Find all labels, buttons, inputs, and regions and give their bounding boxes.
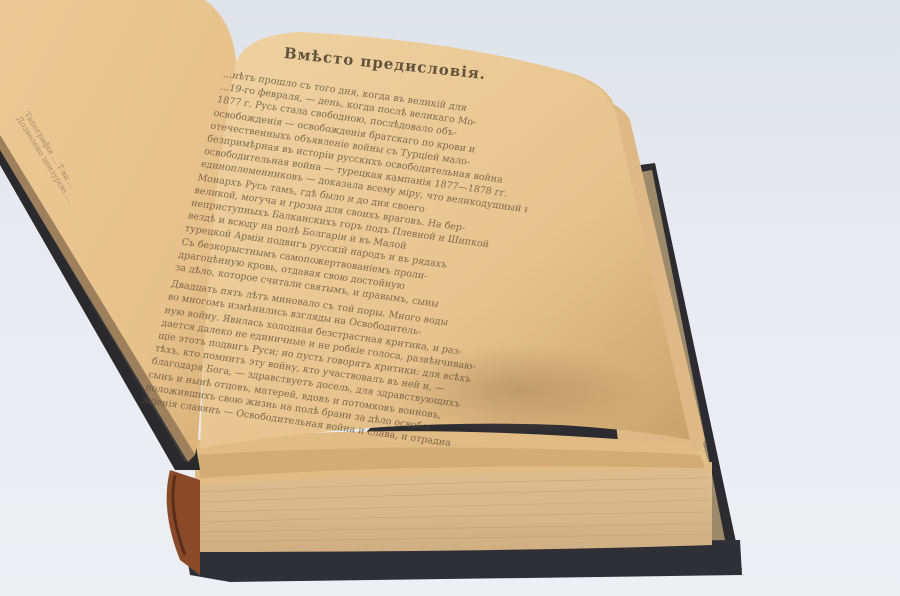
paragraph-1: ...нѣтъ прошло съ того дня, когда въ вел… <box>174 68 552 320</box>
photo-scene: Типографія ... Т-ва ... Дозволено цензур… <box>0 0 900 596</box>
spine <box>167 470 200 575</box>
